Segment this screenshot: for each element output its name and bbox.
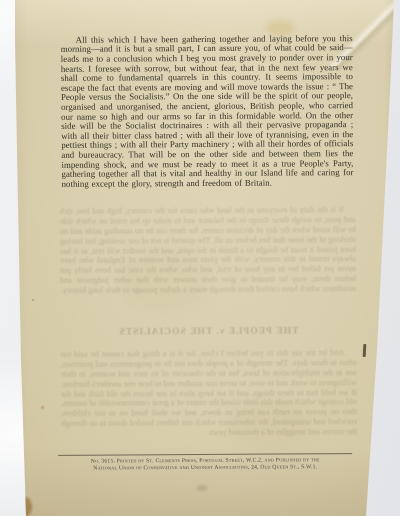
showthrough-text-lower: And let me say this to you before I clos… [61, 348, 358, 438]
imprint-line-2: National Union of Conservative and Union… [56, 463, 354, 471]
body-paragraph: All this which I have been gathering tog… [61, 34, 354, 189]
pamphlet-page: All this which I have been gathering tog… [0, 0, 400, 516]
printer-imprint: No. 3615. Printed by St. Clements Press,… [55, 451, 355, 475]
photo-stage: All this which I have been gathering tog… [0, 0, 400, 516]
showthrough-text-upper: It is the duty of everyone in the land w… [60, 205, 357, 295]
showthrough-headline: THE PEOPLE v. THE SOCIALISTS [60, 326, 356, 338]
page-content: All this which I have been gathering tog… [0, 0, 400, 516]
